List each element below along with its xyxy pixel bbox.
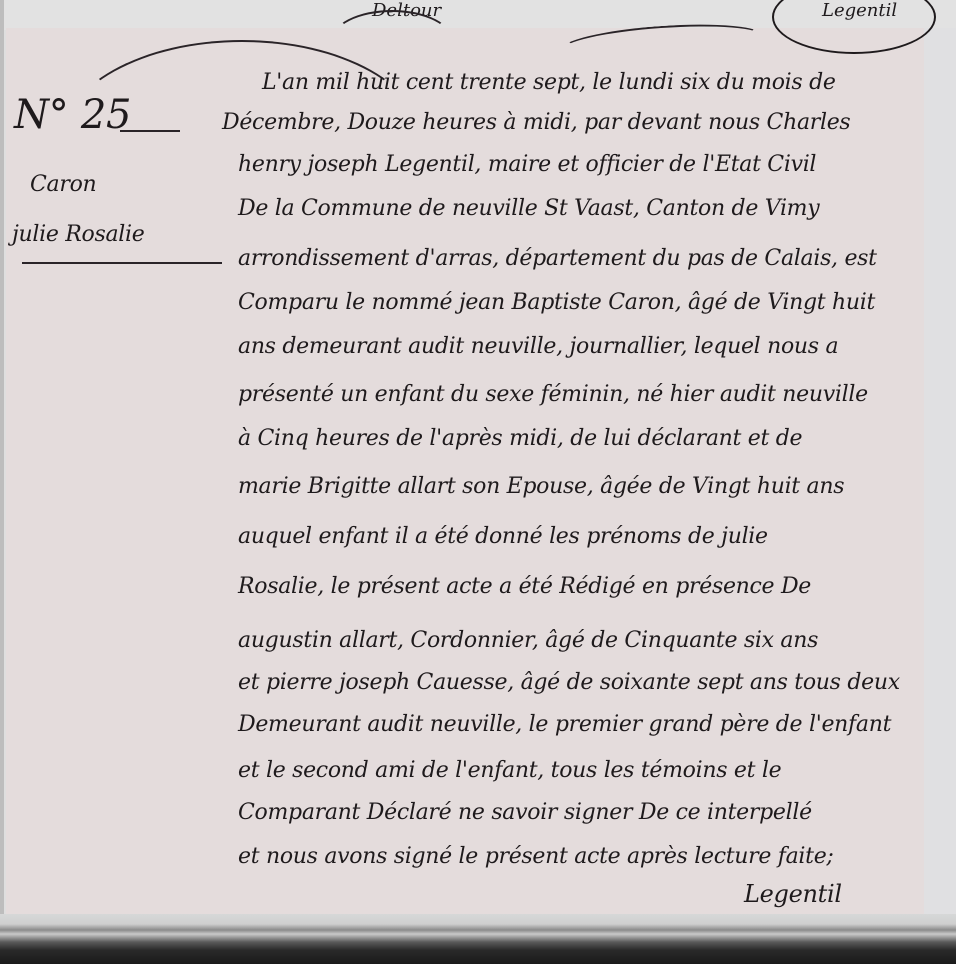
body-line-3: henry joseph Legentil, maire et officier… [238,152,816,177]
body-line-11: auquel enfant il a été donné les prénoms… [238,524,768,549]
body-line-14: et pierre joseph Cauesse, âgé de soixant… [238,670,900,695]
body-line-8: présenté un enfant du sexe féminin, né h… [238,382,868,407]
body-line-1: L'an mil huit cent trente sept, le lundi… [262,70,836,95]
scanned-page: Deltour Legentil N° 25 Caron julie Rosal… [0,0,956,964]
body-line-17: Comparant Déclaré ne savoir signer De ce… [238,800,812,825]
page-bottom-edge [0,914,956,964]
body-line-16: et le second ami de l'enfant, tous les t… [238,758,781,783]
body-line-12: Rosalie, le présent acte a été Rédigé en… [238,574,811,599]
body-line-15: Demeurant audit neuville, le premier gra… [238,712,891,737]
body-line-10: marie Brigitte allart son Epouse, âgée d… [238,474,844,499]
margin-surname: Caron [30,172,96,197]
body-line-4: De la Commune de neuville St Vaast, Cant… [238,196,819,221]
margin-underline [22,262,222,264]
right-margin-strip [924,28,956,914]
closing-signature: Legentil [744,880,842,908]
entry-number: N° 25 [14,92,131,138]
body-line-13: augustin allart, Cordonnier, âgé de Cinq… [238,628,818,653]
body-line-2: Décembre, Douze heures à midi, par devan… [222,110,850,135]
margin-dash [120,130,180,132]
left-page-edge [0,0,4,964]
header-signature: Legentil [822,0,897,21]
body-line-7: ans demeurant audit neuville, journallie… [238,334,838,359]
body-line-6: Comparu le nommé jean Baptiste Caron, âg… [238,290,875,315]
margin-given-names: julie Rosalie [12,222,144,247]
body-line-9: à Cinq heures de l'après midi, de lui dé… [238,426,802,451]
body-line-5: arrondissement d'arras, département du p… [238,246,877,271]
body-line-18: et nous avons signé le présent acte aprè… [238,844,834,869]
